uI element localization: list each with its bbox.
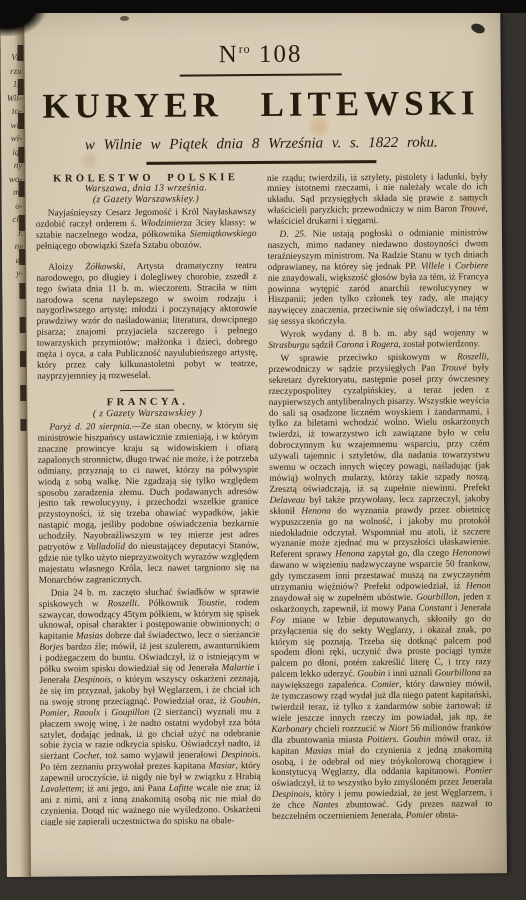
italic-text: Karbonary	[271, 724, 312, 734]
italic-text: Pomier	[406, 811, 433, 821]
fold-fragment: o-	[2, 199, 23, 213]
italic-text: Pomier	[465, 767, 492, 777]
fold-fragment: wi-	[1, 132, 22, 146]
italic-text: Siemiątkowskiego	[190, 229, 257, 240]
italic-text: Raoulx	[74, 708, 100, 718]
italic-text: Despinois	[73, 675, 110, 685]
fold-fragment: r.	[2, 226, 23, 240]
italic-text: Despinois	[272, 790, 309, 800]
italic-text: Carona	[336, 340, 364, 350]
section-divider-rule	[120, 389, 174, 391]
body-paragraph: Wyrok wydany d. 8 b. m. aby sąd wojenny …	[268, 328, 489, 352]
dateline: w Wilnie w Piątek dnia 8 Września v. s. …	[35, 134, 487, 155]
plain-text: , toż samo wyjawił jenerałowi	[99, 751, 221, 762]
plain-text: pełniącego obowiązki Szefa Sztabu obozów…	[36, 240, 201, 251]
fold-fragment: to-	[1, 105, 22, 119]
italic-text: Goubin	[230, 696, 258, 706]
newspaper-title: KURYER LITEWSKI	[35, 83, 487, 127]
plain-text: i inni uznali	[385, 669, 435, 679]
italic-text: Lafitte	[169, 784, 193, 794]
italic-text: Masias	[305, 746, 332, 756]
fold-fragment: rzu	[1, 64, 22, 78]
fold-text-fragments: Vi-rzu13Wil-to-wi-wi-ią-nywo-m-o-cier.ny…	[1, 51, 24, 281]
plain-text: , został potwierdzony.	[398, 339, 480, 350]
italic-text: Roszelli	[457, 352, 487, 362]
text-columns: KRÓLESTWO POLSKIEWarszawa, dnia 13 wrześ…	[35, 170, 492, 826]
italic-text: Niort	[389, 724, 409, 734]
issue-prefix: N	[219, 41, 239, 68]
left-column: KRÓLESTWO POLSKIEWarszawa, dnia 13 wrześ…	[35, 172, 261, 826]
body-paragraph: Aloizy Żółkowski, Artysta dramatyczny te…	[36, 261, 257, 383]
italic-text: Henona	[301, 506, 331, 516]
body-paragraph: Dnia 24 b. m. zaczęto słuchać świadków w…	[39, 587, 261, 826]
italic-text: Strasburgu	[268, 341, 309, 351]
italic-text: Henon	[466, 581, 491, 591]
scan-top-edge	[0, 0, 526, 13]
italic-text: Trouvé	[460, 204, 486, 214]
plain-text: . Półkownik	[137, 598, 198, 608]
page-content: Nro 108 KURYER LITEWSKI w Wilnie w Piąte…	[26, 7, 501, 877]
fold-fragment: Vi-	[1, 51, 22, 65]
italic-text: Gourbillon	[416, 592, 457, 602]
plain-text: Aloizy	[48, 262, 85, 272]
italic-text: Pomier	[40, 708, 67, 718]
plain-text: ; iż ani jego, ani Pana	[82, 784, 169, 795]
fold-fragment: ny	[2, 240, 23, 254]
plain-text: dawano w więzieniu nadzwyczayne wsparcie…	[270, 559, 491, 593]
italic-text: Comier	[371, 680, 399, 690]
body-paragraph: nie rządu; twierdzili, iż sztylety, pist…	[267, 172, 488, 228]
fold-fragment: cie	[2, 213, 23, 227]
plain-text: chcieli rozrzucić w	[312, 724, 388, 735]
italic-text: Żółkowski	[85, 262, 123, 272]
plain-text: , Artysta dramatyczny teatru narodowego,…	[36, 261, 257, 382]
italic-text: Masias	[76, 632, 103, 642]
italic-text: Goupillon	[111, 708, 149, 718]
plain-text: i Jenerała	[452, 603, 491, 613]
fold-fragment: a-	[2, 253, 23, 267]
section-subheading: (z Gazety Warszawskiey.)	[36, 194, 257, 207]
italic-text: Villele	[421, 261, 445, 271]
issue-superscript: ro	[239, 42, 251, 56]
plain-text: były sekretarz dyrektoryatu, następnie p…	[269, 363, 490, 495]
scanned-newspaper-background: Vi-rzu13Wil-to-wi-wi-ią-nywo-m-o-cier.ny…	[0, 0, 526, 900]
plain-text: obsta-	[433, 811, 458, 821]
ink-speck	[120, 16, 129, 21]
newspaper-page: Vi-rzu13Wil-to-wi-wi-ią-nywo-m-o-cier.ny…	[0, 7, 507, 877]
italic-text: Lavalettem	[40, 784, 81, 794]
italic-text: Henonowi	[452, 549, 490, 559]
plain-text: —Ze stan obecny, w którym się ministrowi…	[38, 421, 259, 553]
plain-text: zapytał go, dla czego	[365, 549, 453, 560]
italic-text: Goubin	[403, 734, 431, 744]
fold-fragment: wi-	[1, 118, 22, 132]
italic-text: Trouvé	[441, 363, 467, 373]
fold-fragment: y-	[2, 267, 23, 281]
italic-text: Poitiers	[367, 735, 397, 745]
italic-text: Corbiere	[455, 261, 488, 271]
italic-text: Cochet	[73, 752, 99, 762]
fold-fragment: ny	[1, 159, 22, 173]
italic-text: D. 25.	[279, 230, 306, 240]
fold-fragment: 13	[1, 78, 22, 92]
plain-text: i	[444, 261, 455, 271]
scan-corner-shadow	[0, 0, 46, 36]
italic-text: Toustie	[198, 598, 225, 608]
body-paragraph: W sprawie przeciwko spiskowym w Roszelli…	[268, 352, 492, 823]
plain-text: W sprawie przeciwko spiskowym w	[280, 352, 457, 363]
italic-text: Constant	[418, 603, 452, 613]
plain-text: sądził	[309, 340, 335, 350]
fold-fragment: ią-	[1, 145, 22, 159]
plain-text: i	[100, 708, 111, 718]
plain-text: dobrze dał świadectwo, lecz o sierżancie	[103, 630, 260, 641]
issue-number-line: Nro 108	[34, 39, 486, 71]
plain-text: nie rządu; twierdzili, iż sztylety, pist…	[267, 172, 488, 216]
italic-text: Paryż d. 20 sierpnia.	[49, 422, 132, 433]
italic-text: Henona	[335, 549, 365, 559]
body-paragraph: D. 25. Nie ustają pogłoski o odmianie mi…	[267, 228, 488, 328]
masthead-rule-top	[180, 73, 342, 76]
italic-text: Borjes	[39, 643, 63, 653]
masthead-rule-bottom	[146, 160, 376, 164]
fold-fragment: Wil-	[1, 91, 22, 105]
plain-text: oświadczył, iż to wszystko było zmyśloné…	[272, 778, 493, 790]
right-column: nie rządu; twierdzili, iż sztylety, pist…	[267, 170, 493, 824]
fold-fragment: m-	[2, 186, 23, 200]
italic-text: Włodzimierza	[141, 219, 192, 229]
italic-text: Gourbillona	[435, 669, 481, 679]
italic-text: Malartie	[222, 663, 255, 673]
italic-text: Masiar	[209, 761, 236, 771]
plain-text: ,	[258, 696, 260, 706]
section-subheading: ( z Gazety Warszawskiey )	[37, 408, 258, 421]
body-paragraph: Paryż d. 20 sierpnia.—Ze stan obecny, w …	[37, 421, 259, 586]
italic-text: Roszelli	[108, 599, 138, 609]
issue-number: 108	[259, 41, 303, 68]
italic-text: Foy	[270, 616, 285, 626]
plain-text: znaydował się w zupełném ubóstwie.	[270, 593, 416, 604]
plain-text: Wyrok wydany d. 8 b. m. aby sąd wojenny …	[280, 328, 489, 340]
italic-text: Despinois	[221, 750, 258, 760]
italic-text: Valladolid	[87, 542, 125, 552]
italic-text: Delaveau	[270, 495, 306, 505]
plain-text: nie znaydowali, większość głosów była za…	[268, 272, 489, 327]
body-paragraph: Nayjaśnieyszy Cesarz Jegomość i Król Nay…	[36, 207, 257, 252]
italic-text: Goubin	[357, 669, 385, 679]
italic-text: Nantes	[312, 801, 338, 811]
fold-fragment: wo-	[1, 172, 22, 186]
italic-text: Rogera	[371, 340, 398, 350]
